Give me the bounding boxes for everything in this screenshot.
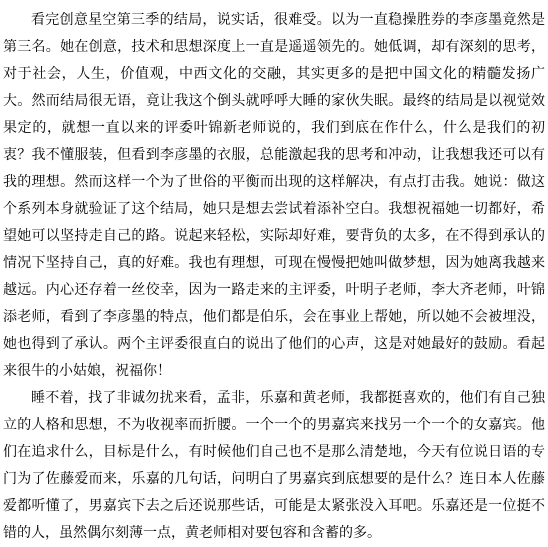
paragraph-1: 看完创意星空第三季的结局，说实话，很难受。以为一直稳操胜券的李彦墨竟然是第三名。…: [3, 7, 545, 385]
document-page: 看完创意星空第三季的结局，说实话，很难受。以为一直稳操胜券的李彦墨竟然是第三名。…: [0, 0, 548, 547]
paragraph-2: 睡不着，找了非诚勿扰来看，孟非，乐嘉和黄老师，我都挺喜欢的，他们有自己独立的人格…: [3, 385, 545, 547]
